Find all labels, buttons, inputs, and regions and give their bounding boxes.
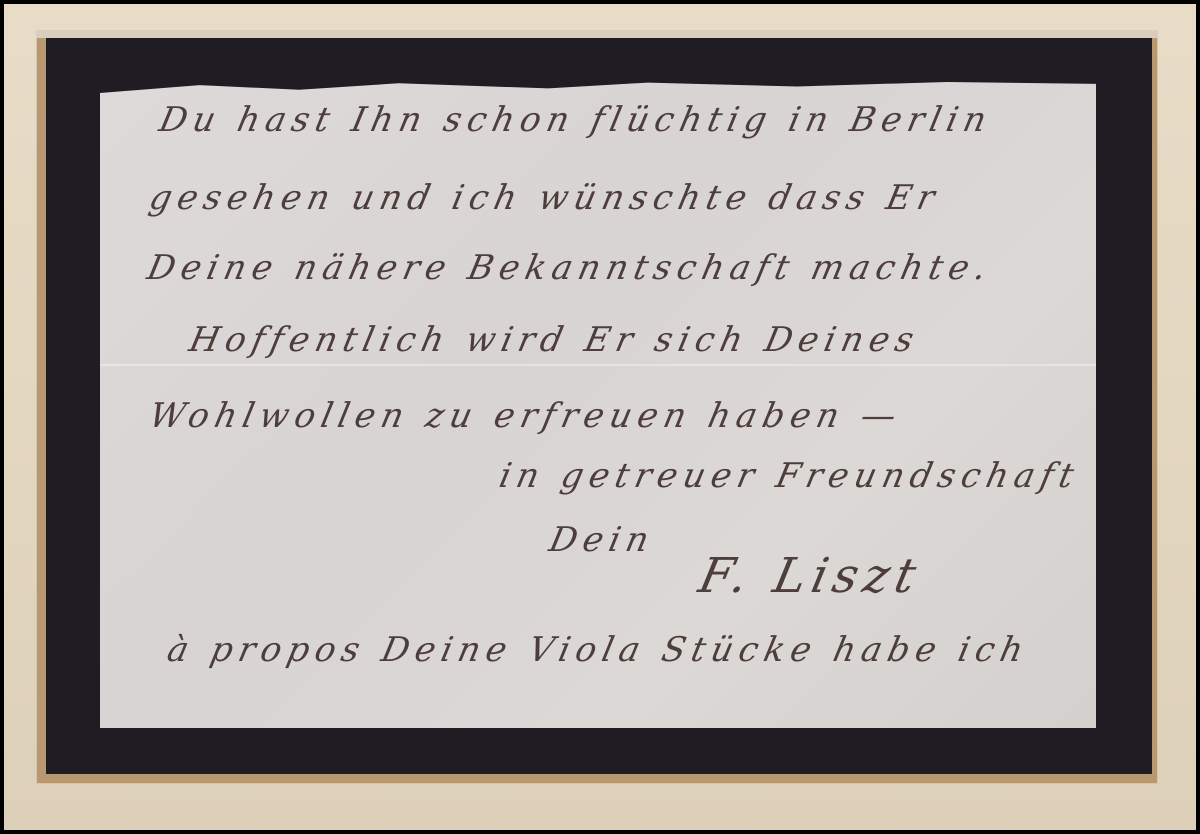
letter-line-1: Du hast Ihn schon flüchtig in Berlin: [156, 100, 996, 140]
mat-bevel-top: [36, 30, 1158, 38]
signature: F. Liszt: [694, 548, 927, 604]
paper-fold: [100, 364, 1096, 366]
letter-line-5: Wohlwollen zu erfreuen haben —: [146, 396, 906, 436]
letter-closing: Dein: [546, 520, 659, 560]
letter-line-3: Deine nähere Bekanntschaft machte.: [144, 248, 996, 288]
letter-line-2: gesehen und ich wünschte dass Er: [146, 178, 944, 218]
letter-line-6: in getreuer Freundschaft: [496, 456, 1084, 496]
letter-line-postscript: à propos Deine Viola Stücke habe ich: [164, 630, 1033, 670]
letter-line-4: Hoffentlich wird Er sich Deines: [186, 320, 923, 360]
